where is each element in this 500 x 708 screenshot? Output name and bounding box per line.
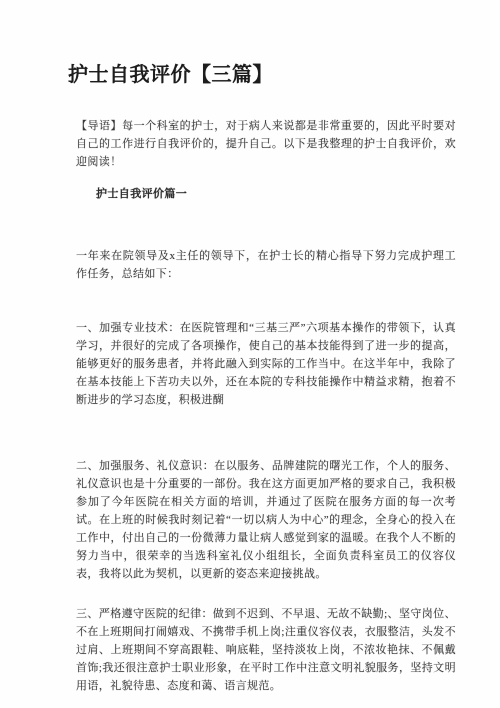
section-heading: 护士自我评价篇一: [76, 185, 476, 203]
paragraph-overview: 一年来在院领导及x主任的领导下，在护士长的精心指导下努力完成护理工作任务，总结如…: [76, 247, 456, 283]
page-title: 护士自我评价【三篇】: [68, 58, 500, 87]
paragraph-item-3: 三、严格遵守医院的纪律：做到不迟到、不早退、无故不缺勤;、坚守岗位、不在上班期间…: [76, 605, 456, 695]
paragraph-item-1: 一、加强专业技术：在医院管理和“三基三严”六项基本操作的带领下，认真学习，并很好…: [76, 319, 456, 409]
intro-paragraph: 【导语】每一个科室的护士，对于病人来说都是非常重要的，因此平时要对自己的工作进行…: [76, 117, 456, 171]
document-page: 护士自我评价【三篇】 【导语】每一个科室的护士，对于病人来说都是非常重要的，因此…: [0, 0, 500, 708]
paragraph-item-2: 二、加强服务、礼仪意识：在以服务、品牌建院的曙光工作，个人的服务、礼仪意识也是十…: [76, 457, 456, 583]
